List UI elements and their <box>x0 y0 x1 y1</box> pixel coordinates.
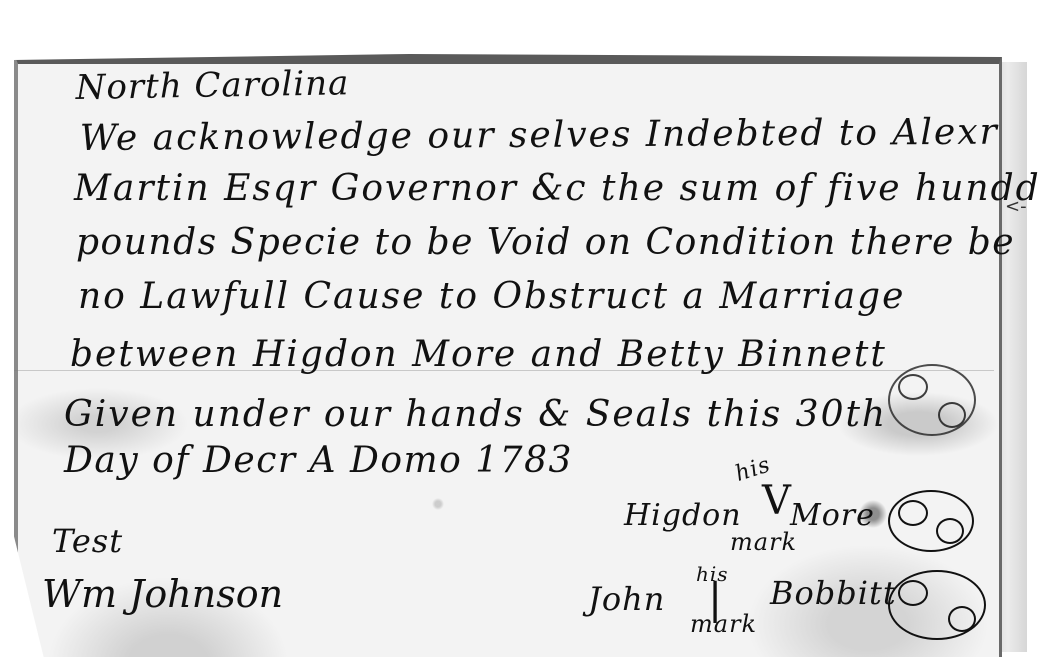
signatory-1-mark-label: mark <box>730 528 797 556</box>
witness-signature: Wm Johnson <box>42 572 283 616</box>
signatory-2-last-name: Bobbitt <box>770 574 897 612</box>
body-line-1: We acknowledge our selves Indebted to Al… <box>80 112 999 159</box>
signatory-1-last-name: More <box>790 498 875 533</box>
body-line-6: Given under our hands & Seals this 30th <box>64 394 887 435</box>
signatory-2-first-name: John <box>588 580 665 618</box>
signatory-1-first-name: Higdon <box>624 498 742 533</box>
document-scan: North Carolina We acknowledge our selves… <box>0 0 1050 657</box>
body-line-2: Martin Esqr Governor &c the sum of five … <box>74 168 1041 209</box>
document-heading: North Carolina <box>75 63 349 108</box>
wax-seal-icon <box>888 490 974 552</box>
body-line-7: Day of Decr A Domo 1783 <box>64 440 573 481</box>
wax-seal-icon <box>888 570 986 640</box>
body-line-5: between Higdon More and Betty Binnett <box>70 334 887 375</box>
margin-arrow-icon: <- <box>1005 196 1027 217</box>
flourish-scroll-icon <box>888 364 976 436</box>
teste-label: Test <box>52 522 123 560</box>
signatory-1-mark-symbol: V <box>762 478 792 524</box>
body-line-3: pounds Specie to be Void on Condition th… <box>76 222 1015 263</box>
body-line-4: no Lawfull Cause to Obstruct a Marriage <box>78 276 905 317</box>
signatory-2-mark-label: mark <box>690 610 757 638</box>
